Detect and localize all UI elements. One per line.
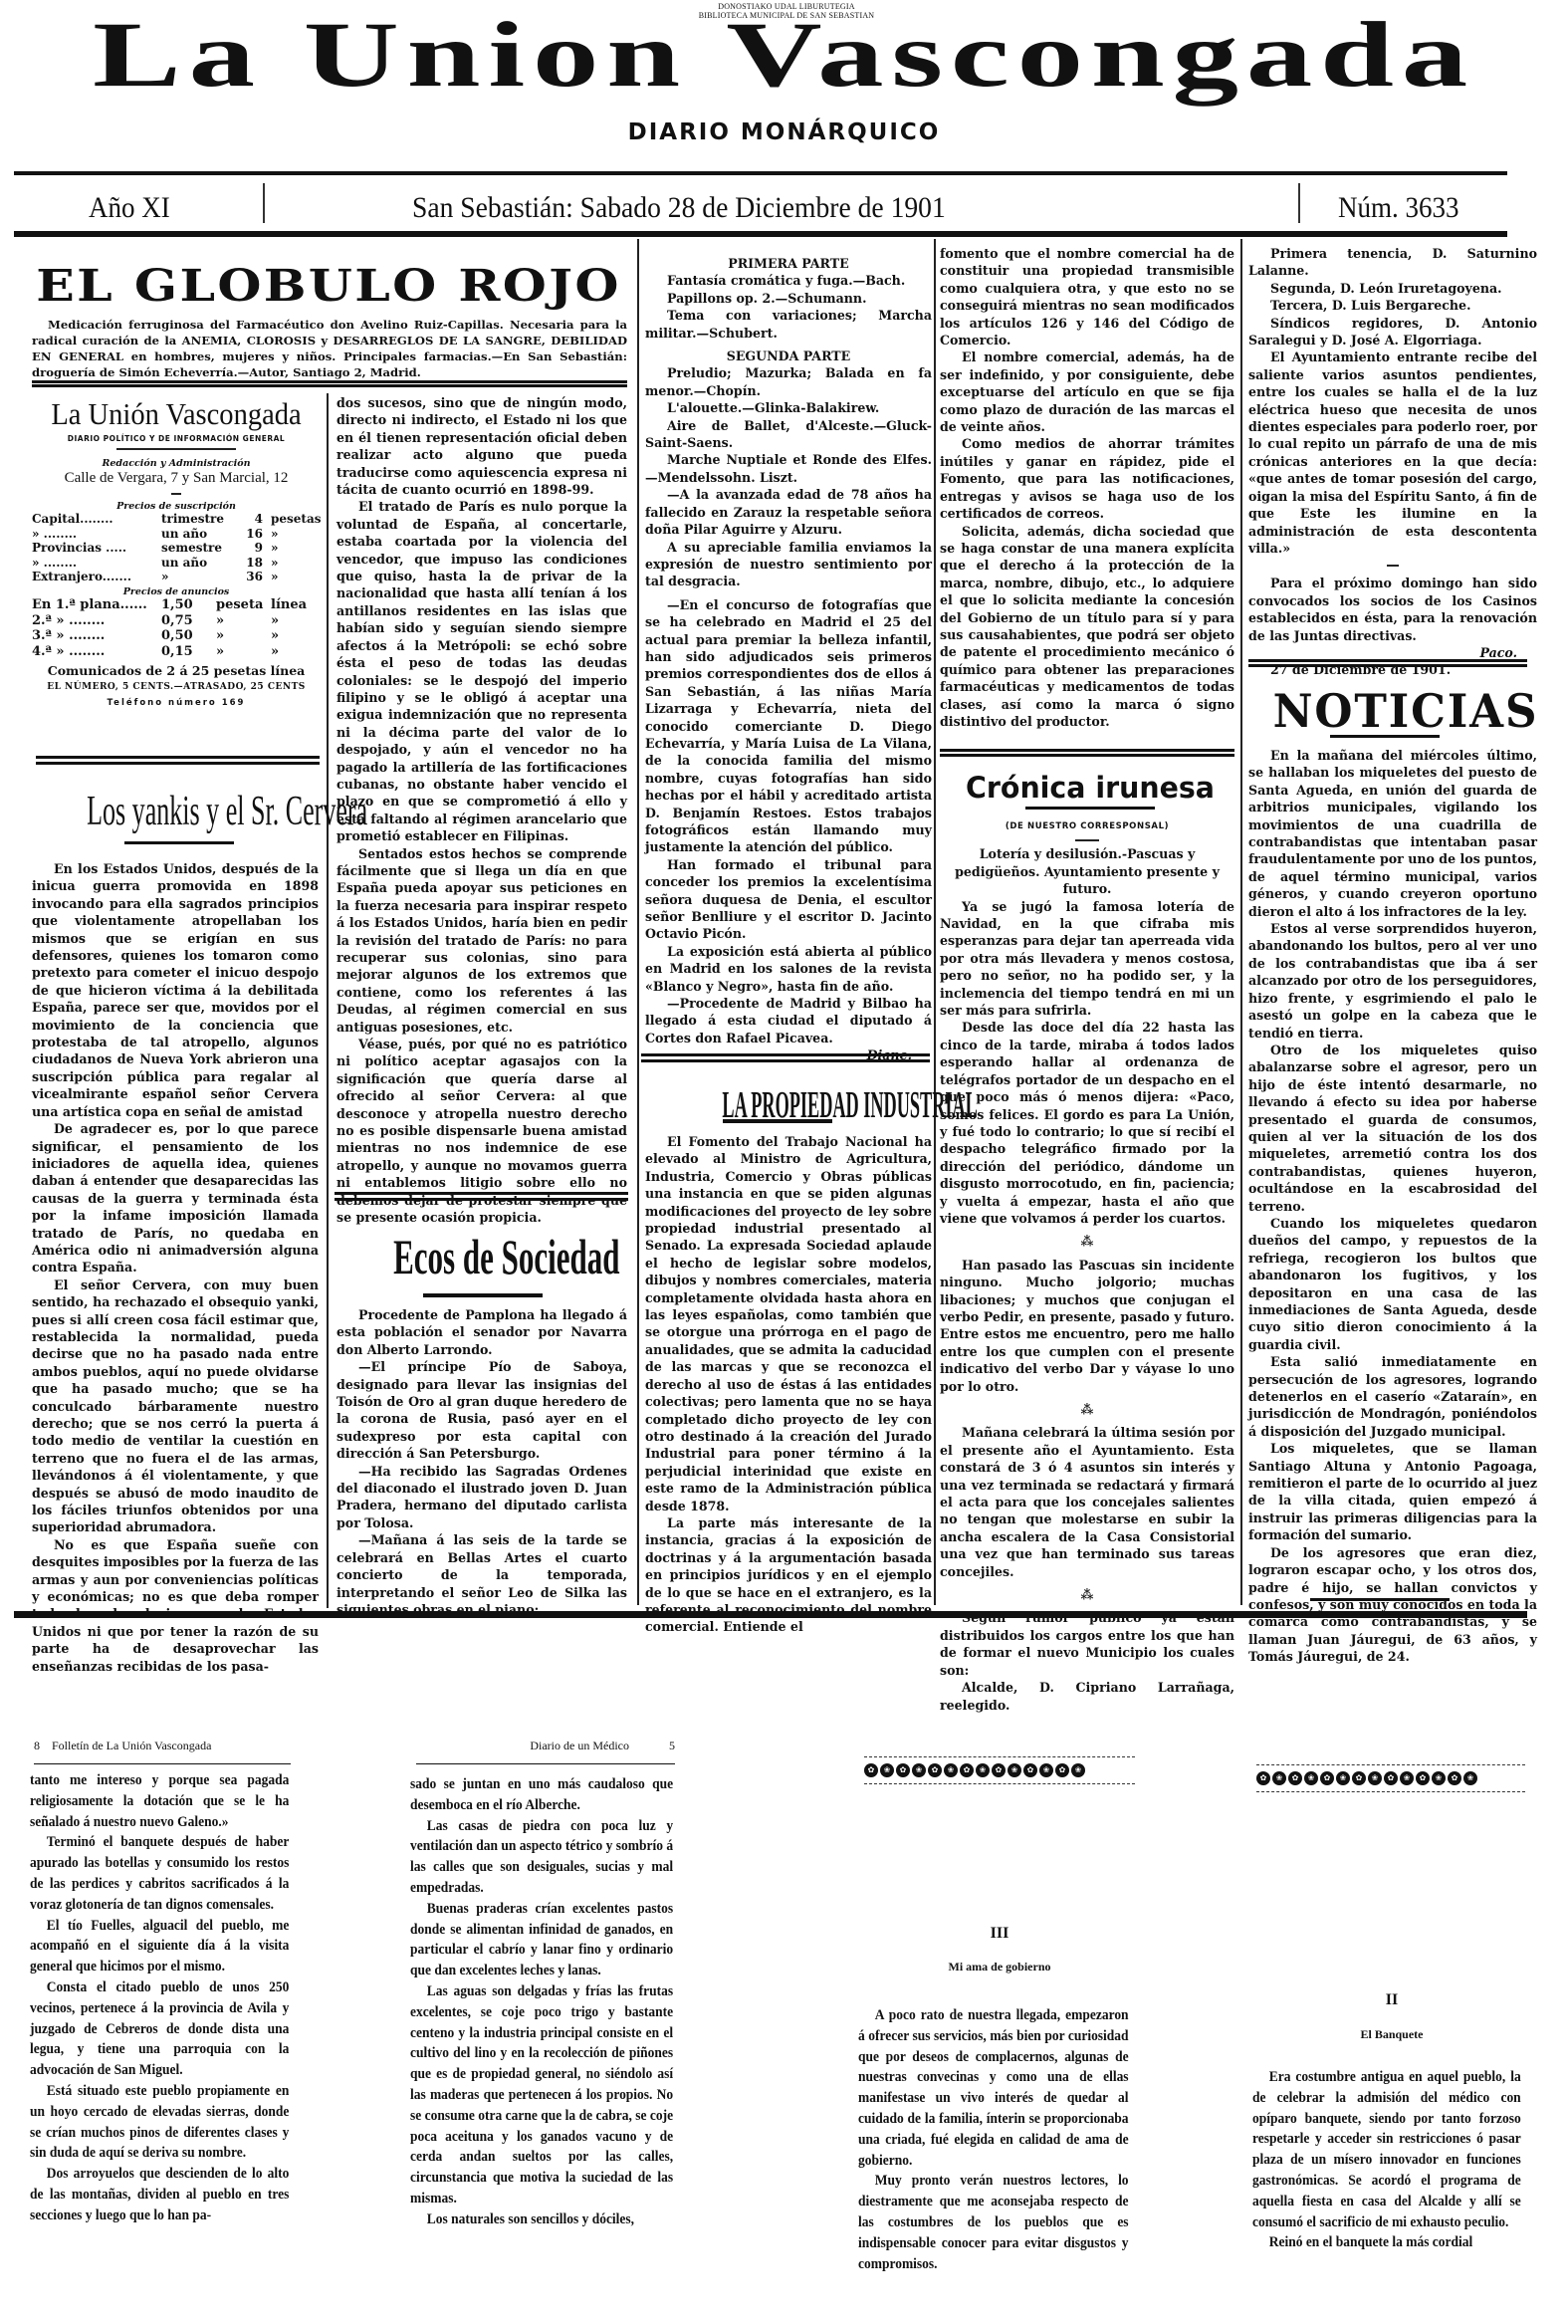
ornament-icon: ❀ — [912, 1763, 926, 1777]
ornament-icon: ❀ — [1368, 1771, 1382, 1785]
paper-name: La Unión Vascongada — [44, 396, 310, 432]
page-bottom-rule — [14, 1611, 1527, 1618]
ornament-icon: ✿ — [1055, 1763, 1069, 1777]
telephone-number: Teléfono número 169 — [32, 695, 321, 711]
price-row: » ........un año16» — [32, 527, 321, 542]
ornament-icon: ✿ — [1023, 1763, 1037, 1777]
chapter-number: II — [1256, 1991, 1527, 2009]
ornament-icon: ✿ — [960, 1763, 974, 1777]
folletin-page-4: Era costumbre antigua en aquel pueblo, l… — [1252, 2067, 1521, 2253]
section-divider — [36, 756, 320, 765]
ad-price-table: En 1.ª plana......1,50pesetalínea 2.ª » … — [32, 597, 321, 659]
ornament-icon: ✿ — [992, 1763, 1006, 1777]
ornament-icon: ✿ — [896, 1763, 910, 1777]
folletin-page-1: tanto me intereso y porque sea pagada re… — [30, 1770, 289, 2226]
article-body-cronica: (DE NUESTRO CORRESPONSAL) Lotería y desi… — [940, 818, 1234, 1714]
column-divider — [637, 239, 639, 1605]
newspaper-front-page: DONOSTIAKO UDAL LIBURUTEGIA BIBLIOTECA M… — [0, 0, 1568, 1613]
ornament-icon: ❀ — [944, 1763, 958, 1777]
asterism-icon: ⁂ — [940, 1401, 1234, 1418]
section-divider — [1248, 659, 1527, 667]
chapter-title: Mi ama de gobierno — [864, 1960, 1135, 1975]
concert-program: PRIMERA PARTE Fantasía cromática y fuga.… — [645, 255, 932, 1064]
ornament-icon: ❀ — [976, 1763, 990, 1777]
ornament-icon: ❀ — [1272, 1771, 1286, 1785]
ornament-icon: ✿ — [1288, 1771, 1302, 1785]
divider — [263, 183, 265, 223]
section-divider — [940, 749, 1234, 757]
ornament-icon: ❀ — [1071, 1763, 1085, 1777]
price-row: » ........un año18» — [32, 556, 321, 571]
divider — [171, 493, 181, 495]
folletin-page-3: A poco rato de nuestra llegada, empezaro… — [858, 2005, 1129, 2274]
subscription-price-table: Capital........trimestre4pesetas » .....… — [32, 512, 321, 584]
section-body-noticias: En la mañana del miércoles último, se ha… — [1248, 747, 1537, 1666]
article-body-yankis-continued: dos sucesos, sino que de ningún modo, di… — [336, 394, 627, 1227]
section-divider — [335, 1192, 628, 1201]
folletin-title: Folletín de La Unión Vascongada — [40, 1739, 291, 1753]
end-ornament — [1310, 1598, 1450, 1601]
title-underline — [423, 1293, 543, 1297]
article-body-propiedad-continued: fomento que el nombre comercial ha de co… — [940, 245, 1234, 730]
ornament-icon: ✿ — [1448, 1771, 1461, 1785]
chapter-title: El Banquete — [1256, 2027, 1527, 2042]
ornament-icon: ✿ — [1416, 1771, 1430, 1785]
masthead-title: La Union Vascongada — [0, 6, 1568, 105]
issue-price: EL NÚMERO, 5 CENTS.—ATRASADO, 25 CENTS — [32, 679, 321, 695]
dateline: Año XI San Sebastián: Sabado 28 de Dicie… — [14, 179, 1507, 229]
ornament-icon: ❀ — [1336, 1771, 1350, 1785]
office-address: Calle de Vergara, 7 y San Marcial, 12 — [32, 470, 321, 487]
ornament-icon: ❀ — [1432, 1771, 1446, 1785]
folletin-page-2: sado se juntan en uno más caudaloso que … — [410, 1774, 673, 2230]
subscription-prices-label: Precios de suscripción — [32, 501, 321, 512]
column-divider — [934, 239, 936, 1605]
program-part-label: PRIMERA PARTE — [645, 255, 932, 272]
article-title-yankis: Los yankis y el Sr. Cervera — [87, 787, 266, 836]
ornament-icon: ❀ — [1400, 1771, 1414, 1785]
ornament-icon: ❀ — [1039, 1763, 1053, 1777]
column-divider — [327, 393, 329, 1608]
folletin-header: 8 Folletín de La Unión Vascongada — [34, 1739, 291, 1764]
article-summary: Lotería y desilusión.-Pascuas y pedigüeñ… — [940, 845, 1234, 897]
ad-divider — [32, 380, 627, 387]
article-body-propiedad: El Fomento del Trabajo Nacional ha eleva… — [645, 1133, 932, 1636]
title-underline — [1025, 807, 1155, 810]
title-underline — [124, 841, 234, 844]
ornament-icon: ❀ — [880, 1763, 894, 1777]
program-part-label: SEGUNDA PARTE — [645, 348, 932, 364]
title-underline — [723, 1119, 832, 1123]
masthead-rule-top — [14, 171, 1507, 175]
ornamental-border: ✿❀✿❀✿❀✿❀✿❀✿❀✿❀ — [864, 1756, 1135, 1784]
ad-price-row: 2.ª » ........0,75»» — [32, 613, 321, 629]
ornament-icon: ✿ — [928, 1763, 942, 1777]
column-divider — [1240, 239, 1242, 1605]
article-byline: (DE NUESTRO CORRESPONSAL) — [940, 818, 1234, 835]
article-body-cronica-continued: Primera tenencia, D. Saturnino Lalanne. … — [1248, 245, 1537, 679]
ad-title: EL GLOBULO ROJO — [20, 261, 638, 312]
price-row: Extranjero.......»36» — [32, 570, 321, 584]
ornamental-border: ✿❀✿❀✿❀✿❀✿❀✿❀✿❀ — [1256, 1764, 1525, 1792]
ad-price-row: 3.ª » ........0,50»» — [32, 628, 321, 644]
section-title-noticias: NOTICIAS — [1264, 685, 1548, 737]
price-row: Provincias .....semestre9» — [32, 541, 321, 556]
ornament-icon: ❀ — [1008, 1763, 1021, 1777]
ornament-icon: ✿ — [1352, 1771, 1366, 1785]
ad-prices-label: Precios de anuncios — [32, 586, 321, 597]
section-divider — [641, 1053, 930, 1062]
divider — [1298, 183, 1300, 223]
masthead-rule-bottom — [14, 231, 1507, 237]
ornament-icon: ✿ — [1256, 1771, 1270, 1785]
asterism-icon: ⁂ — [940, 1586, 1234, 1603]
ad-body: Medicación ferruginosa del Farmacéutico … — [32, 317, 627, 380]
title-underline — [1330, 735, 1440, 738]
issue-year: Año XI — [89, 191, 170, 225]
divider — [116, 448, 236, 450]
ornament-icon: ✿ — [1320, 1771, 1334, 1785]
folletin-title: Diario de un Médico — [416, 1739, 669, 1753]
masthead-subtitle: DIARIO MONÁRQUICO — [0, 119, 1568, 145]
ornament-icon: ❀ — [1304, 1771, 1318, 1785]
paper-tagline: DIARIO POLÍTICO Y DE INFORMACIÓN GENERAL — [32, 434, 321, 443]
ad-price-row: 4.ª » ........0,15»» — [32, 644, 321, 660]
divider — [1075, 839, 1099, 841]
article-body-yankis: En los Estados Unidos, después de la ini… — [32, 860, 319, 1675]
ornament-icon: ✿ — [864, 1763, 878, 1777]
subscription-box: La Unión Vascongada DIARIO POLÍTICO Y DE… — [32, 396, 321, 711]
asterism-icon: ⁂ — [940, 1233, 1234, 1250]
ornament-icon: ❀ — [1463, 1771, 1477, 1785]
divider — [1387, 565, 1399, 567]
ornament-icon: ✿ — [1384, 1771, 1398, 1785]
article-body-ecos: Procedente de Pamplona ha llegado á esta… — [336, 1306, 627, 1618]
issue-date: San Sebastián: Sabado 28 de Diciembre de… — [412, 191, 946, 225]
price-row: Capital........trimestre4pesetas — [32, 512, 321, 527]
folletin-header: Diario de un Médico 5 — [416, 1739, 675, 1764]
ad-price-row: En 1.ª plana......1,50pesetalínea — [32, 597, 321, 613]
article-title-ecos: Ecos de Sociedad — [393, 1227, 572, 1286]
page-number: 5 — [669, 1739, 675, 1753]
office-label: Redacción y Administración — [32, 458, 321, 469]
article-title-cronica: Crónica irunesa — [944, 770, 1236, 806]
communicated-price: Comunicados de 2 á 25 pesetas línea — [32, 663, 321, 679]
issue-number: Núm. 3633 — [1338, 191, 1459, 225]
chapter-number: III — [864, 1925, 1135, 1943]
